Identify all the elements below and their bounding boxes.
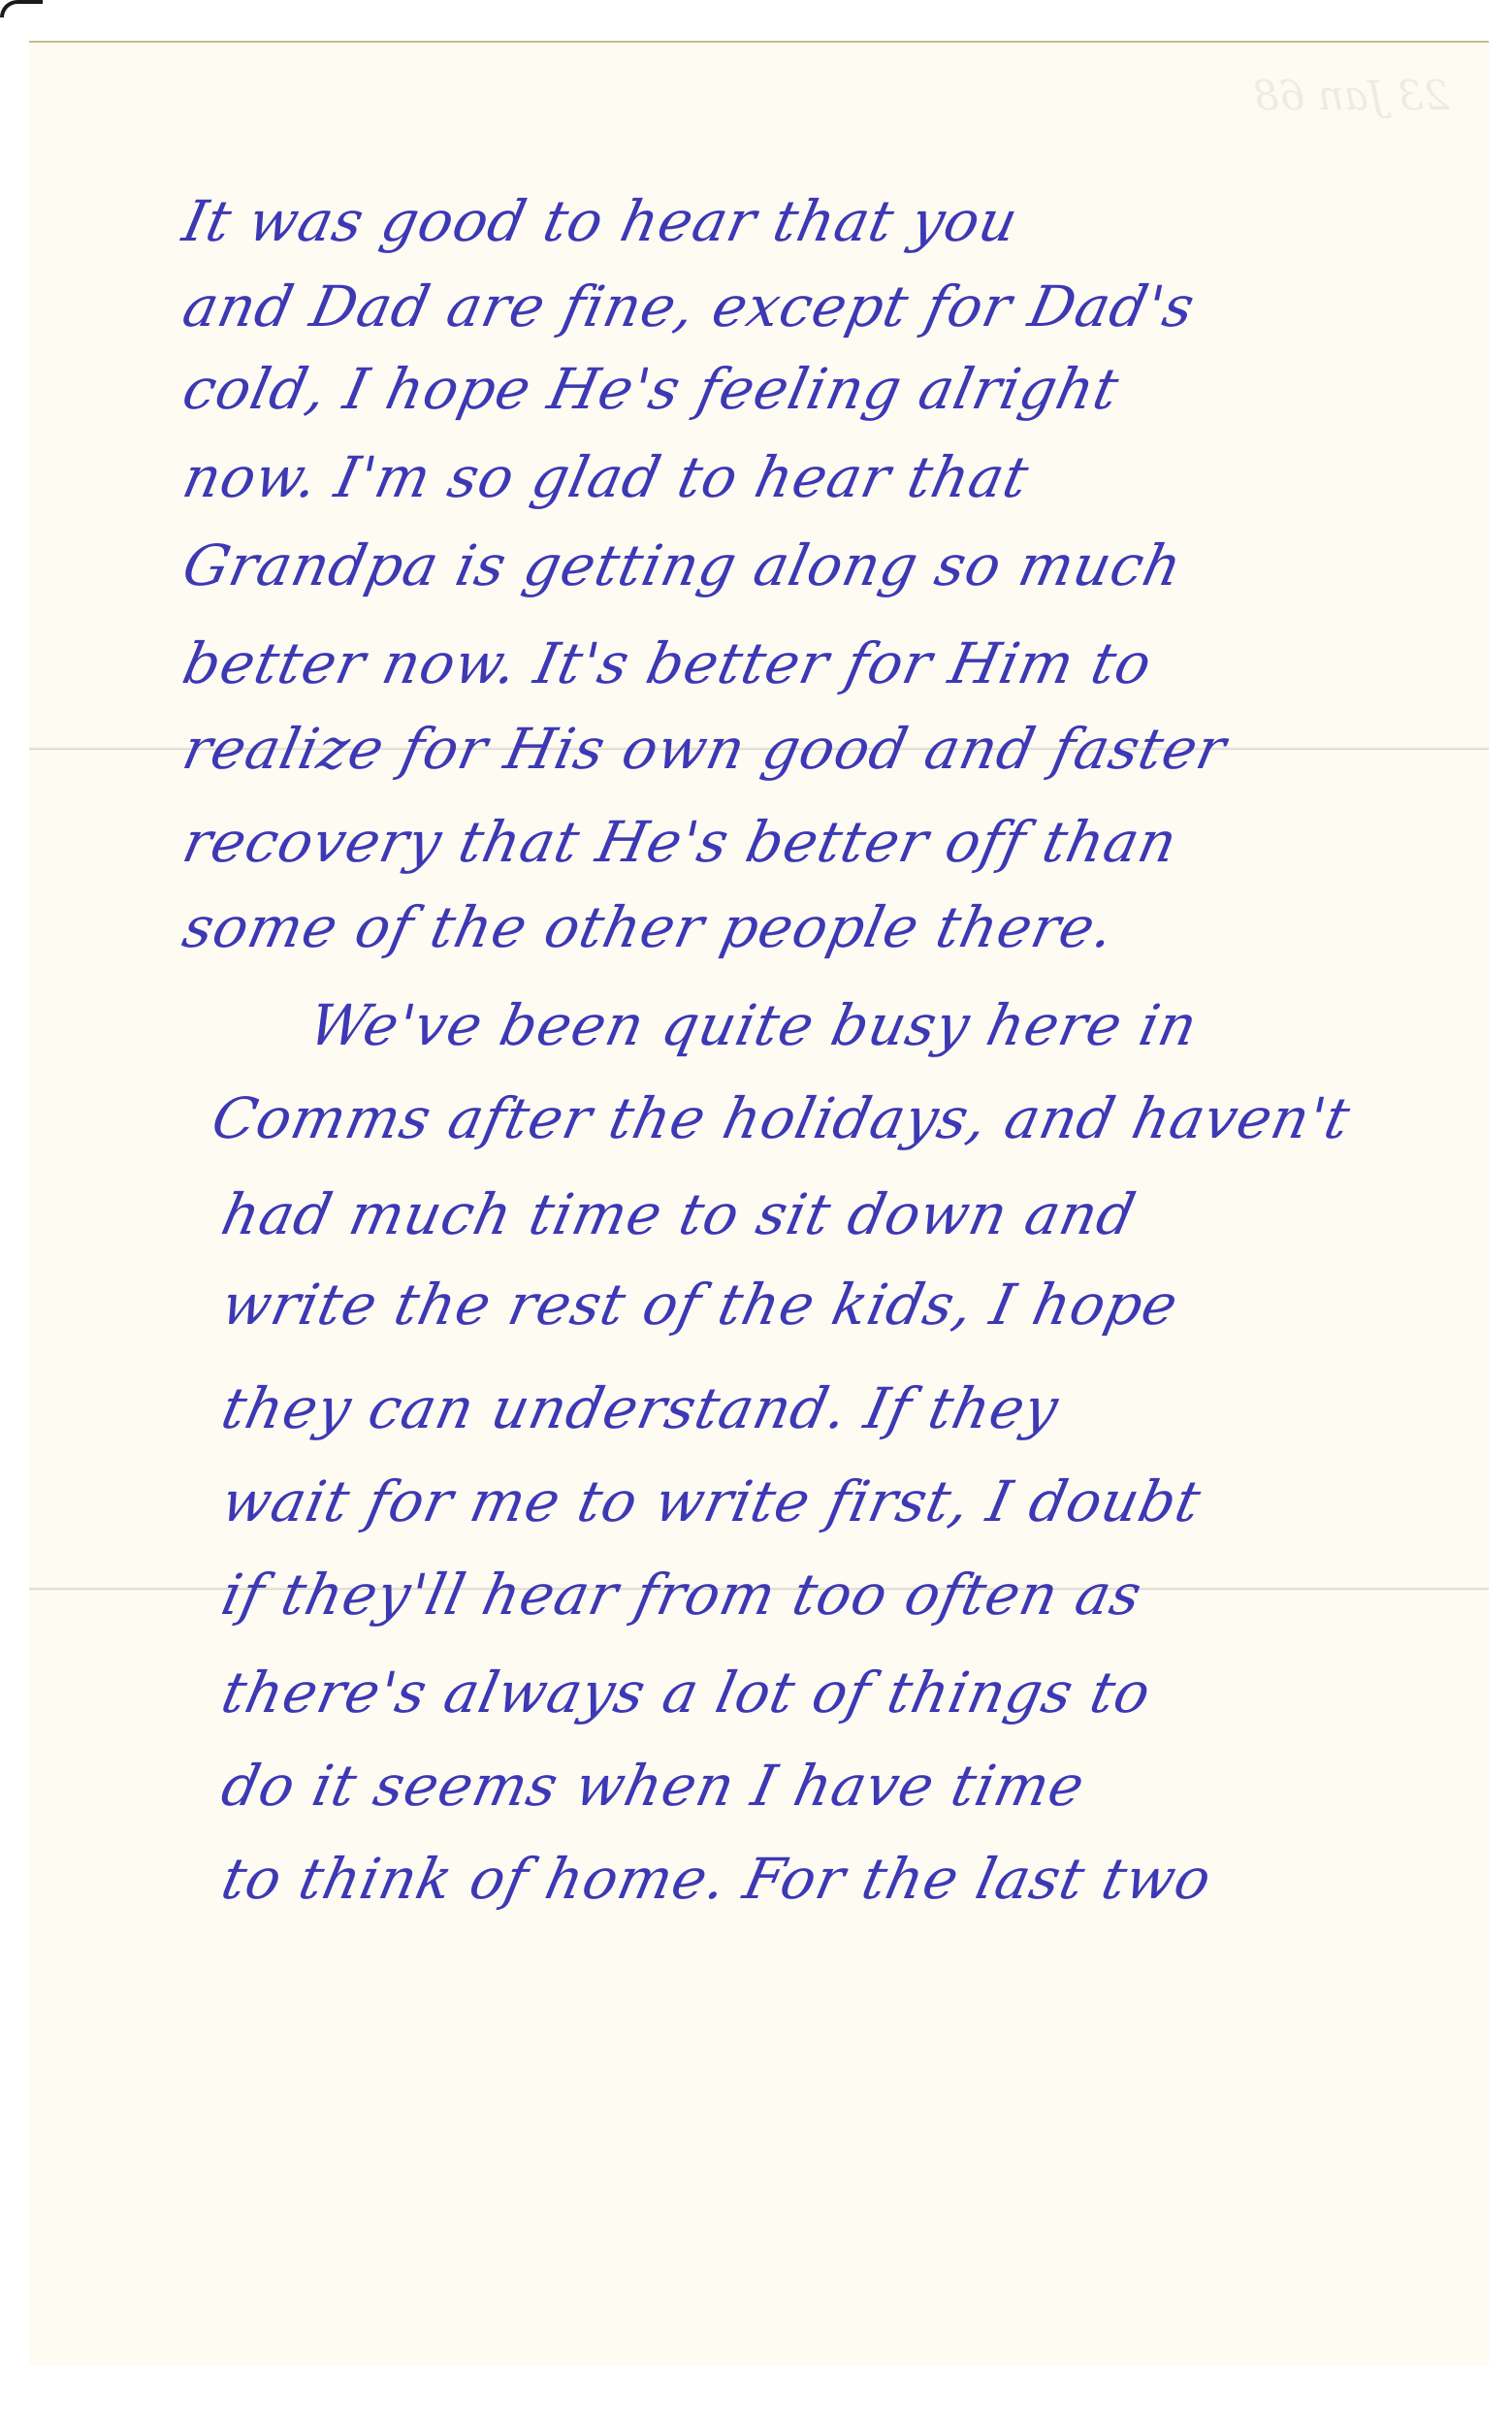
letter-line: recovery that He's better off than (177, 809, 1183, 875)
letter-line: do it seems when I have time (216, 1753, 1091, 1819)
bleed-through-date: 23 Jan 68 (1253, 72, 1450, 119)
letter-line: now. I'm so glad to hear that (177, 444, 1035, 510)
letter-line: cold, I hope He's feeling alright (177, 356, 1125, 422)
letter-line: better now. It's better for Him to (177, 630, 1158, 696)
letter-line: some of the other people there. (177, 894, 1121, 960)
letter-line: to think of home. For the last two (216, 1846, 1218, 1912)
letter-page: 23 Jan 68 It was good to hear that you a… (29, 41, 1489, 2366)
letter-line: realize for His own good and faster (177, 716, 1233, 782)
letter-line: if they'll hear from too often as (216, 1562, 1148, 1628)
letter-line: they can understand. If they (216, 1375, 1065, 1441)
letter-line: wait for me to write first, I doubt (216, 1468, 1207, 1534)
letter-line: Comms after the holidays, and haven't (207, 1085, 1357, 1151)
scanner-edge (0, 0, 43, 17)
letter-line: We've been quite busy here in (304, 992, 1204, 1058)
letter-line: had much time to sit down and (216, 1181, 1142, 1247)
letter-line: Grandpa is getting along so much (177, 532, 1188, 598)
letter-line: write the rest of the kids, I hope (216, 1272, 1184, 1338)
letter-line: there's always a lot of things to (216, 1660, 1157, 1726)
letter-line: It was good to hear that you (177, 188, 1024, 254)
letter-line: and Dad are fine, except for Dad's (177, 274, 1201, 339)
